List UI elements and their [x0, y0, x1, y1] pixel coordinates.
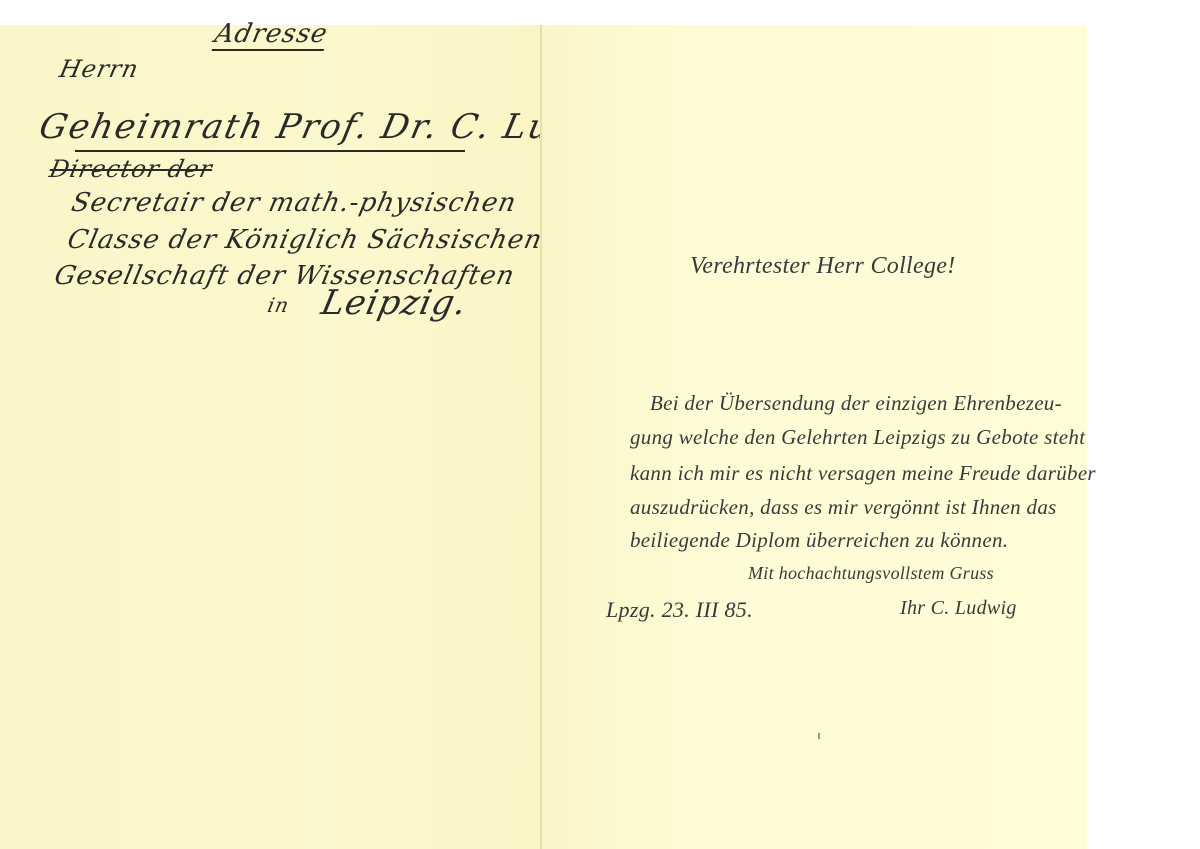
address-heading: Adresse	[212, 19, 331, 51]
body-line-2: gung welche den Gelehrten Leipzigs zu Ge…	[630, 425, 1085, 450]
body-line-3: kann ich mir es nicht versagen meine Fre…	[630, 461, 1096, 486]
body-line-4: auszudrücken, dass es mir vergönnt ist I…	[630, 495, 1057, 520]
left-page: Adresse Herrn Geheimrath Prof. Dr. C. Lu…	[0, 25, 541, 849]
body-line-1: Bei der Übersendung der einzigen Ehrenbe…	[650, 391, 1062, 416]
letter-scan: Adresse Herrn Geheimrath Prof. Dr. C. Lu…	[0, 25, 1087, 849]
address-city: Leipzig.	[318, 283, 471, 323]
closing: Mit hochachtungsvollstem Gruss	[748, 563, 994, 584]
body-line-5: beiliegende Diplom überreichen zu können…	[630, 528, 1008, 553]
address-line-in: in	[265, 293, 291, 317]
salutation: Verehrtester Herr College!	[690, 253, 956, 280]
place-date: Lpzg. 23. III 85.	[606, 597, 753, 623]
address-name-underline	[75, 150, 465, 152]
paper-speck	[818, 733, 820, 739]
signature: Ihr C. Ludwig	[900, 597, 1017, 620]
address-line-classe: Classe der Königlich Sächsischen	[65, 225, 546, 255]
address-line-secretair: Secretair der math.-physischen	[69, 188, 520, 218]
address-herrn: Herrn	[57, 55, 141, 83]
address-struck-line: Director der	[47, 155, 215, 183]
right-page: Verehrtester Herr College! Bei der Übers…	[542, 25, 1087, 849]
